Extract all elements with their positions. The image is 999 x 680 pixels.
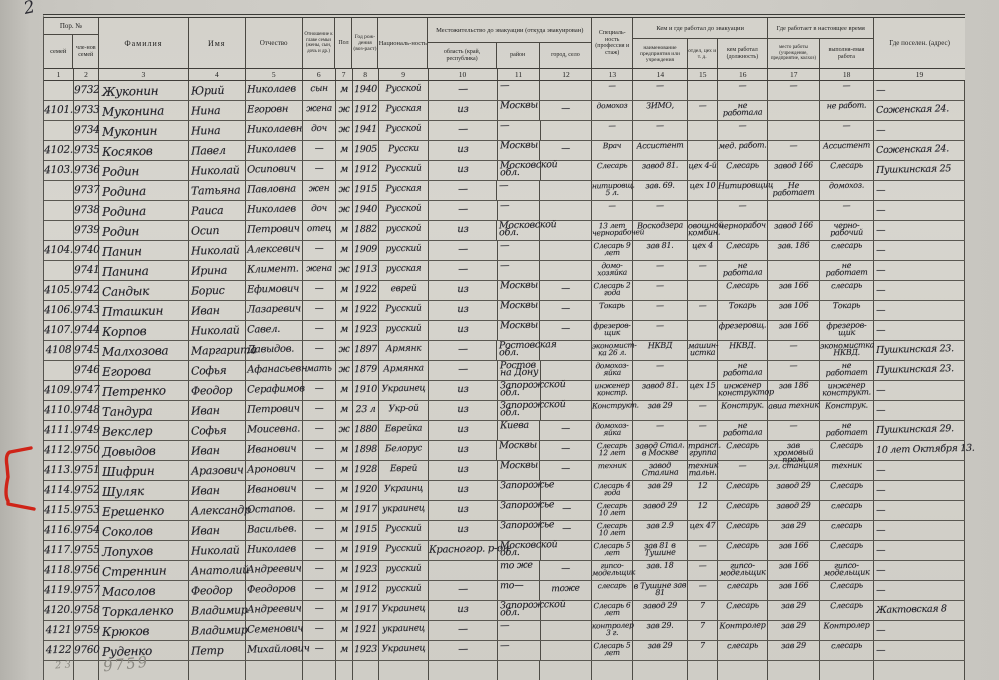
cell [379, 661, 429, 680]
cell: Ерешенко [99, 501, 189, 520]
cell: — [688, 401, 718, 420]
cell: техник [592, 461, 633, 480]
cell: 9756 [74, 561, 99, 580]
cell: завод Сталина [633, 461, 688, 480]
cell: Еврейка [379, 421, 429, 440]
cell: 1941 [353, 121, 379, 140]
cell: зав 2.9 [633, 521, 688, 540]
cell: Павел [189, 141, 246, 160]
cell: — [540, 461, 592, 480]
cell [540, 201, 592, 220]
cell: Слесарь [820, 161, 874, 180]
cell [44, 201, 74, 220]
cell: жена [303, 261, 336, 280]
cell: 9757 [74, 581, 99, 600]
cell: 9748 [74, 401, 99, 420]
cell: из [429, 141, 498, 160]
cell: доч [303, 121, 336, 140]
cell: — [303, 241, 336, 260]
cell: домо- хозяйка [592, 261, 633, 280]
column-number: 15 [688, 69, 718, 80]
cell: 1922 [353, 281, 379, 300]
header-kem-rabotal: кем работал (должность) [718, 39, 768, 68]
column-number: 18 [820, 69, 874, 80]
cell: Москвы [498, 461, 541, 480]
cell: — [874, 201, 965, 220]
cell: Давыдов. [246, 341, 303, 360]
cell: — [633, 201, 688, 220]
header-imya: Имя [189, 18, 246, 68]
cell: 4104. [44, 241, 74, 260]
cell: фрезеров- щик [820, 321, 874, 340]
cell: фрезеровщ. [718, 321, 768, 340]
cell: Ростовская обл. [497, 341, 540, 360]
cell [498, 661, 541, 680]
cell: 9752 [74, 481, 99, 500]
cell: Слесарь [820, 601, 874, 620]
cell: м [336, 81, 353, 100]
cell: Иван [189, 401, 246, 420]
table-row: 4110.9748ТандураИванПетрович—м23 лУкр-ой… [44, 401, 965, 421]
cell: Укр-ой [379, 401, 429, 420]
table-row: 4103.9736РодинНиколайОсипович—м1912Русск… [44, 161, 965, 181]
header-kem-gde-rabotal: Кем и где работал до эвакуации [633, 18, 767, 39]
cell: 1940 [353, 201, 379, 220]
cell: 9745 [74, 341, 99, 360]
cell: — [429, 641, 498, 660]
cell: Воскодзера [633, 221, 688, 240]
cell: Маргарита [189, 341, 246, 360]
cell: Довыдов [99, 441, 189, 460]
table-row [44, 661, 965, 680]
cell: в Тушине зав 81 [633, 581, 688, 600]
table-row: 4114.9752ШулякИванИванович—м1920Украинци… [44, 481, 965, 501]
cell: 9737 [74, 181, 99, 200]
cell: из [429, 501, 498, 520]
cell: — [874, 121, 965, 140]
cell: — [303, 441, 336, 460]
cell: 4106. [44, 301, 74, 320]
cell: Слесарь 12 лет [592, 441, 633, 460]
cell: 9754 [74, 521, 99, 540]
cell: 4102. [44, 141, 74, 160]
table-body: 9732ЖуконинЮрийНиколаевсынм1940Русской——… [44, 81, 965, 680]
cell: то— [498, 581, 541, 600]
cell: — [303, 641, 336, 660]
cell: домохоз- яйка [592, 361, 633, 380]
cell: 9750 [74, 441, 99, 460]
cell: — [303, 561, 336, 580]
cell: Ирина [189, 261, 246, 280]
table-row: 9734МуконинНинаНиколаевндочж1941Русской—… [44, 121, 965, 141]
cell: гипсо- модельщик [592, 561, 633, 580]
cell: нитировщ. 5 л. [592, 181, 633, 200]
cell [353, 661, 379, 680]
cell [541, 401, 593, 420]
cell: — [303, 281, 336, 300]
cell: — [429, 581, 498, 600]
cell: ж [336, 421, 353, 440]
cell: Аразович [189, 461, 246, 480]
cell: Нитировщиц [718, 181, 768, 200]
cell: Слесарь 5 лет [592, 641, 633, 660]
cell: не работает [820, 421, 874, 440]
cell: Контролер [718, 621, 768, 640]
cell: — [874, 541, 965, 560]
cell: гипсо- модельщик [820, 561, 874, 580]
cell: — [633, 281, 688, 300]
cell: — [498, 121, 541, 140]
cell: Семенович [246, 621, 303, 640]
cell: то же [498, 561, 541, 580]
cell: Анатолий [189, 561, 246, 580]
cell: 1915 [353, 521, 379, 540]
cell [303, 661, 336, 680]
table-row: 4107.9744КорповНиколайСавел.—м1923русски… [44, 321, 965, 341]
cell: Николаев [246, 81, 303, 100]
cell: Слесарь [718, 601, 768, 620]
cell: из [429, 161, 498, 180]
cell: экономистка НКВД. [820, 341, 874, 360]
header-god-rozhdeniya: Год рож-дения (воз-раст) [352, 18, 378, 68]
cell: НКВД. [718, 341, 768, 360]
cell: — [688, 301, 718, 320]
cell: — [592, 81, 633, 100]
cell: русский [379, 581, 429, 600]
cell: 9742 [74, 281, 99, 300]
cell: 4121 [44, 621, 74, 640]
cell: ж [336, 201, 353, 220]
cell: — [303, 521, 336, 540]
cell: — [874, 221, 965, 240]
cell: завод 81. [633, 161, 688, 180]
header-mesto-raboty: место работы (учреждение, предприятие, к… [768, 39, 820, 68]
cell: 4112. [44, 441, 74, 460]
table-row: 9738РодинаРаисаНиколаевдочж1940Русской——… [44, 201, 965, 221]
cell: — [874, 241, 965, 260]
cell: — [874, 401, 965, 420]
cell [44, 261, 74, 280]
cell: Белорус [379, 441, 429, 460]
cell: — [874, 301, 965, 320]
table-row: 41089745МалхозоваМаргаритаДавыдов.—ж1897… [44, 341, 965, 361]
cell: — [874, 281, 965, 300]
cell: — [303, 381, 336, 400]
cell: 4103. [44, 161, 74, 180]
cell: — [303, 341, 336, 360]
cell: м [336, 601, 353, 620]
cell: 23 л [353, 401, 379, 420]
cell: 1909 [353, 241, 379, 260]
cell: Слесарь [820, 581, 874, 600]
cell: 7 [688, 641, 718, 660]
cell: — [429, 201, 498, 220]
cell [44, 81, 74, 100]
cell: — [540, 141, 592, 160]
cell: Русской [379, 201, 429, 220]
cell: Васильев. [246, 521, 303, 540]
cell: Пушкинская 25 [874, 161, 965, 180]
cell: 9758 [74, 601, 99, 620]
cell: — [874, 521, 965, 540]
cell: — [540, 301, 592, 320]
cell: из [429, 461, 498, 480]
cell: Армянк [379, 341, 429, 360]
cell: 4117. [44, 541, 74, 560]
header-vypolnyaemaya: выполня-емая работа [820, 39, 873, 68]
cell: 1921 [353, 621, 379, 640]
cell: Слесарь [820, 441, 874, 460]
cell: — [429, 81, 498, 100]
cell: — [498, 201, 541, 220]
cell: зав хромовый пром. [768, 441, 820, 460]
cell: Алексевич [246, 241, 303, 260]
cell: из [429, 301, 498, 320]
cell: русской [379, 221, 429, 240]
cell: Иван [189, 521, 246, 540]
cell: — [768, 361, 820, 380]
cell: Еврей [379, 461, 429, 480]
cell [688, 281, 718, 300]
cell [768, 201, 820, 220]
cell [688, 661, 718, 680]
cell: контролер 3 г. [592, 621, 633, 640]
cell: не работает [820, 261, 874, 280]
cell [540, 341, 592, 360]
cell: Юрий [189, 81, 246, 100]
cell: трансп. группа [688, 441, 718, 460]
cell: — [303, 581, 336, 600]
cell: Запорожской обл. [498, 381, 541, 400]
cell: слесарь [820, 641, 874, 660]
cell: из [429, 281, 498, 300]
cell: из [429, 381, 498, 400]
cell: Иван [189, 441, 246, 460]
cell: Осипович [246, 161, 303, 180]
cell: Русской [379, 121, 429, 140]
cell: Соколов [99, 521, 189, 540]
cell: ж [336, 121, 353, 140]
cell: — [592, 201, 633, 220]
cell: 12 [688, 481, 718, 500]
cell: Жактовская 8 [874, 601, 965, 620]
cell: завод 166 [768, 161, 820, 180]
table-row: 4113.9751ШифринАразовичАронович—м1928Евр… [44, 461, 965, 481]
cell: Пушкинская 29. [874, 421, 965, 440]
cell: 7 [688, 601, 718, 620]
cell: — [768, 421, 820, 440]
cell: Масолов [99, 581, 189, 600]
cell: жена [303, 101, 336, 120]
cell: 1905 [353, 141, 379, 160]
cell: тоже [540, 581, 592, 600]
cell: 4111. [44, 421, 74, 440]
cell: слесарь [718, 641, 768, 660]
cell: — [303, 481, 336, 500]
cell: Слесарь [592, 161, 633, 180]
cell: 4109. [44, 381, 74, 400]
cell [541, 601, 593, 620]
header-otchestvo: Отчество [246, 18, 303, 68]
header-por-no: Пор. № [44, 18, 98, 35]
cell: Токарь [718, 301, 768, 320]
cell: Андреевич [246, 601, 303, 620]
table-row: 4118.9756СтреннинАнатолийАндреевич—м1923… [44, 561, 965, 581]
cell: Запорожской обл. [498, 401, 541, 420]
cell [540, 241, 592, 260]
column-number: 16 [718, 69, 768, 80]
cell: Муконина [99, 101, 189, 120]
table-row: 4105.9742СандыкБорисЕфимович—м1922еврейи… [44, 281, 965, 301]
cell: Родина [99, 181, 189, 200]
cell: 4116. [44, 521, 74, 540]
cell: — [303, 421, 336, 440]
cell: Пушкинская 23. [874, 361, 965, 380]
cell: — [429, 121, 498, 140]
cell [541, 541, 593, 560]
cell: ж [336, 341, 353, 360]
cell: 9759 [74, 621, 99, 640]
scanned-evacuation-register-page: 2 Пор. № семей чле-нов семей Фамилия Имя… [0, 0, 999, 680]
cell: домохоз- яйка [592, 421, 633, 440]
cell: Украинец [379, 381, 429, 400]
cell: из [429, 601, 498, 620]
header-specialnost: Специаль-ность (профессия и стаж) [592, 18, 633, 68]
cell: 9739 [74, 221, 99, 240]
cell: 4110. [44, 401, 74, 420]
cell: м [336, 281, 353, 300]
cell: ж [336, 101, 353, 120]
cell: 1915 [353, 181, 379, 200]
cell: Сандык [99, 281, 189, 300]
table-row: 9746ЕгороваСофьяАфанасьевнматьж1879Армян… [44, 361, 965, 381]
cell: 9751 [74, 461, 99, 480]
cell [541, 381, 593, 400]
cell: Слесарь [718, 281, 768, 300]
red-margin-bracket [0, 443, 36, 515]
cell: — [429, 341, 498, 360]
cell: ж [336, 181, 353, 200]
cell: — [688, 561, 718, 580]
cell: зав. 69. [633, 181, 688, 200]
table-row: 4111.9749ВекслерСофьяМоисевна.—ж1880Евре… [44, 421, 965, 441]
cell: зав 166 [768, 561, 820, 580]
table-row: 4116.9754СоколовИванВасильев.—м1915Русск… [44, 521, 965, 541]
cell [541, 361, 593, 380]
cell [768, 101, 820, 120]
cell: Запорожье [498, 481, 541, 500]
cell: овощной комбин. [688, 221, 718, 240]
cell: — [303, 601, 336, 620]
cell: — [541, 501, 593, 520]
cell: Родин [99, 221, 189, 240]
cell: Токарь [820, 301, 874, 320]
cell: из [429, 441, 498, 460]
table-row: 41219759КрюковВладимирСеменович—м1921укр… [44, 621, 965, 641]
cell: — [874, 621, 965, 640]
cell [541, 481, 593, 500]
cell: зав 166 [768, 281, 820, 300]
cell: — [820, 81, 874, 100]
cell: м [336, 621, 353, 640]
cell: не работала [718, 261, 768, 280]
cell [246, 661, 303, 680]
cell: 4118. [44, 561, 74, 580]
cell: 4107. [44, 321, 74, 340]
cell: — [303, 301, 336, 320]
cell [44, 221, 74, 240]
cell: жен [303, 181, 336, 200]
cell: машин- истка [688, 341, 718, 360]
cell: из [429, 521, 498, 540]
table-row: 4104.9740ПанинНиколайАлексевич—м1909русс… [44, 241, 965, 261]
cell: — [303, 501, 336, 520]
cell [633, 661, 688, 680]
header-por-no-group: Пор. № семей чле-нов семей [44, 18, 99, 68]
cell: — [874, 381, 965, 400]
cell: Николай [189, 321, 246, 340]
cell: Не работает [768, 181, 820, 200]
cell: м [336, 141, 353, 160]
cell [541, 621, 593, 640]
cell: 1882 [353, 221, 379, 240]
cell: слесарь [820, 281, 874, 300]
cell: Русский [379, 161, 429, 180]
cell: 4119. [44, 581, 74, 600]
cell: Соженская 24. [874, 101, 965, 120]
cell: Слесарь 10 лет [592, 501, 633, 520]
cell [768, 661, 820, 680]
cell: — [429, 261, 498, 280]
cell: зав 29 [768, 641, 820, 660]
cell: Слесарь 10 лет [592, 521, 633, 540]
cell: 4113. [44, 461, 74, 480]
cell [688, 81, 718, 100]
cell: — [633, 361, 688, 380]
cell: 4105. [44, 281, 74, 300]
cell: Слесарь [718, 541, 768, 560]
cell: Слесарь 4 года [592, 481, 633, 500]
cell: из [429, 421, 498, 440]
cell: Николаев [246, 541, 303, 560]
cell: Иван [189, 301, 246, 320]
cell: — [498, 641, 541, 660]
cell [429, 561, 498, 580]
cell: 4114. [44, 481, 74, 500]
cell: — [874, 181, 965, 200]
cell [688, 121, 718, 140]
cell: 1917 [353, 501, 379, 520]
cell: инженер конструкт. [820, 381, 874, 400]
cell [336, 661, 353, 680]
cell: м [336, 381, 353, 400]
cell: Слесарь [718, 241, 768, 260]
cell: 12 [688, 501, 718, 520]
cell: Борис [189, 281, 246, 300]
cell: гипсо- модельщик [718, 561, 768, 580]
cell: Афанасьевн [246, 361, 303, 380]
table-row: 4106.9743ПташкинИванЛазаревич—м1922Русск… [44, 301, 965, 321]
cell: Слесарь [718, 441, 768, 460]
cell [688, 361, 718, 380]
cell: 9744 [74, 321, 99, 340]
header-pol: Пол [335, 18, 352, 68]
cell: Московской обл. [498, 541, 541, 560]
cell: 9741 [74, 261, 99, 280]
cell: Слесарь 5 лет [592, 541, 633, 560]
column-number: 1 [44, 69, 74, 80]
corner-page-number: 2 [22, 0, 37, 19]
